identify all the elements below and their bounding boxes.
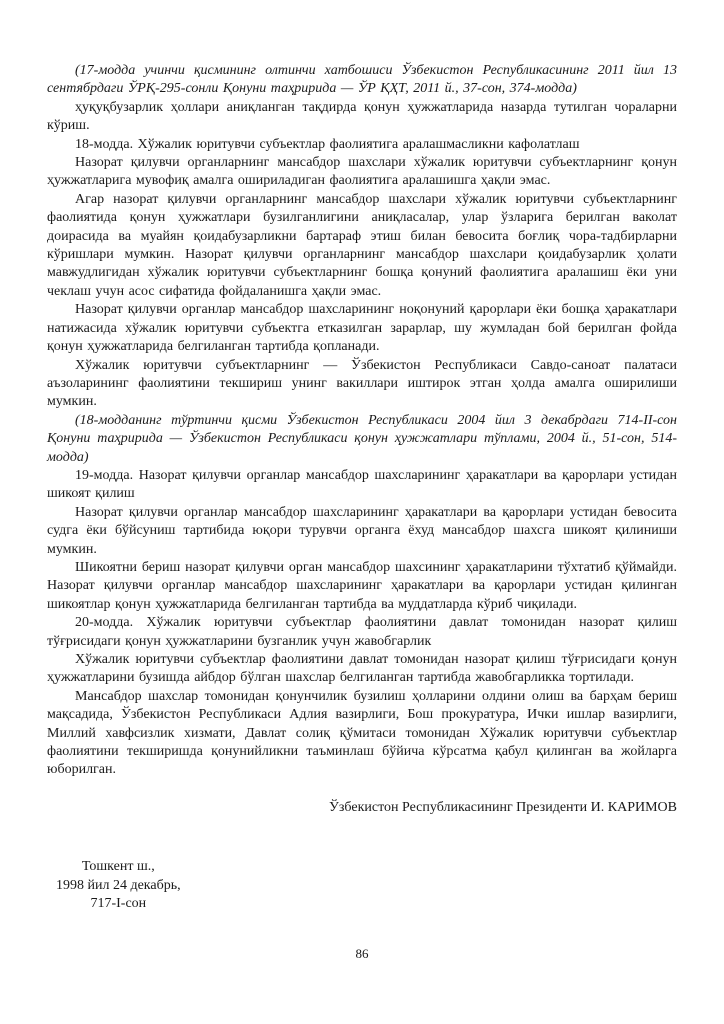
article-20-paragraph-2: Мансабдор шахслар томонидан қонунчилик б… xyxy=(47,688,677,780)
issue-details-block: Тошкент ш., 1998 йил 24 декабрь, 717-I-с… xyxy=(56,858,181,913)
article-20-paragraph-1: Хўжалик юритувчи субъектлар фаолиятини д… xyxy=(47,651,677,688)
article-18-heading: 18-модда. Хўжалик юритувчи субъектлар фа… xyxy=(47,136,677,154)
issue-date: 1998 йил 24 декабрь, xyxy=(56,877,181,895)
paragraph-measures: ҳуқуқбузарлик ҳоллари аниқланган тақдирд… xyxy=(47,99,677,136)
article-18-paragraph-1: Назорат қилувчи органларнинг мансабдор ш… xyxy=(47,154,677,191)
document-content: (17-модда учинчи қисмининг олтинчи хатбо… xyxy=(47,62,677,913)
article-18-paragraph-2: Агар назорат қилувчи органларнинг мансаб… xyxy=(47,191,677,301)
article-19-paragraph-2: Шикоятни бериш назорат қилувчи орган ман… xyxy=(47,559,677,614)
issue-place: Тошкент ш., xyxy=(56,858,181,876)
editorial-note-article-17: (17-модда учинчи қисмининг олтинчи хатбо… xyxy=(47,62,677,99)
article-18-paragraph-4: Хўжалик юритувчи субъектларнинг — Ўзбеки… xyxy=(47,357,677,412)
editorial-note-article-18: (18-модданинг тўртинчи қисми Ўзбекистон … xyxy=(47,412,677,467)
article-20-heading: 20-модда. Хўжалик юритувчи субъектлар фа… xyxy=(47,614,677,651)
article-19-paragraph-1: Назорат қилувчи органлар мансабдор шахсл… xyxy=(47,504,677,559)
article-19-heading: 19-модда. Назорат қилувчи органлар манса… xyxy=(47,467,677,504)
page-number: 86 xyxy=(0,946,724,962)
issue-number: 717-I-сон xyxy=(56,895,181,913)
article-18-paragraph-3: Назорат қилувчи органлар мансабдор шахсл… xyxy=(47,301,677,356)
president-signature-line: Ўзбекистон Республикасининг Президенти И… xyxy=(47,799,677,817)
document-page: (17-модда учинчи қисмининг олтинчи хатбо… xyxy=(0,0,724,1024)
